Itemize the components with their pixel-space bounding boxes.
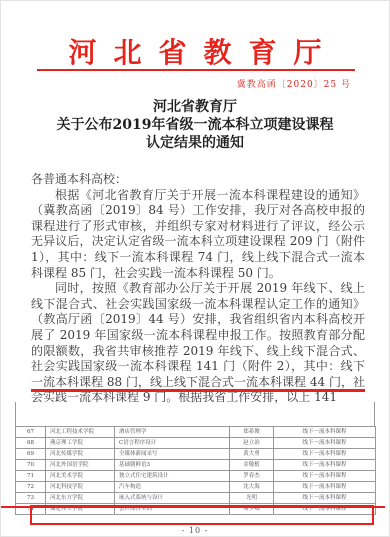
cell-school: 河北工程技术学院: [46, 427, 115, 438]
cell-no: 71: [16, 471, 46, 482]
cell-course: 嵌入式系统与设计: [115, 493, 230, 504]
table-row: 71 河北美术学院 独立式住宅建筑设计 罗春杰 线下一流本科课程: [16, 471, 376, 482]
cell-school: 河北东方学院: [46, 493, 115, 504]
body-paragraph-2: 同时，按照《教育部办公厅关于开展 2019 年线下、线上线下混合式、社会实践国家…: [31, 281, 365, 406]
cell-leader: 金敬植: [230, 460, 274, 471]
document-number: 冀教高函〔2020〕25 号: [237, 77, 351, 90]
cell-type: 线下一流本科课程: [274, 471, 376, 482]
cell-no: 69: [16, 449, 46, 460]
title-line-3: 认定结果的通知: [1, 134, 389, 152]
agency-letterhead: 河北省教育厅: [1, 31, 389, 71]
document-title: 河北省教育厅 关于公布2019年省级一流本科立项建设课程 认定结果的通知: [1, 98, 389, 152]
cell-leader: 黄大勇: [230, 449, 274, 460]
table-row: 72 河北科技学院 汽车构造 沈大海 线下一流本科课程: [16, 482, 376, 493]
table-right-border-stub: [374, 402, 375, 426]
course-list-table: 67 河北工程技术学院 酒店管理学 郑希俊 线下一流本科课程 68 燕京理工学院…: [15, 426, 376, 515]
cell-no: 73: [16, 493, 46, 504]
cell-no: 68: [16, 438, 46, 449]
cell-no: 72: [16, 482, 46, 493]
letterhead-rule: [37, 69, 355, 71]
cell-school: 燕京理工学院: [46, 438, 115, 449]
title-line-1: 河北省教育厅: [1, 98, 389, 116]
cell-course: 全媒体新闻采写: [115, 449, 230, 460]
body-paragraph-1: 根据《河北省教育厅关于开展一流本科课程建设的通知》（冀教高函〔2019〕84 号…: [31, 188, 365, 282]
red-annotation-underline: [31, 389, 365, 392]
cell-type: 线下一流本科课程: [274, 493, 376, 504]
cell-course: 独立式住宅建筑设计: [115, 471, 230, 482]
table-row: 68 燕京理工学院 C语言程序设计 赵立治 线下一流本科课程: [16, 438, 376, 449]
cell-school: 河北外国语学院: [46, 460, 115, 471]
red-highlight-box-row-74: [30, 505, 374, 525]
table-left-border-stub: [15, 402, 16, 426]
document-body: 各普通本科高校： 根据《河北省教育厅关于开展一流本科课程建设的通知》（冀教高函〔…: [31, 172, 365, 406]
cell-course: 酒店管理学: [115, 427, 230, 438]
cell-school: 河北传媒学院: [46, 449, 115, 460]
cell-type: 线下一流本科课程: [274, 427, 376, 438]
cell-leader: 郑希俊: [230, 427, 274, 438]
cell-leader: 赵立治: [230, 438, 274, 449]
title-line-2: 关于公布2019年省级一流本科立项建设课程: [1, 116, 389, 134]
cell-type: 线下一流本科课程: [274, 482, 376, 493]
cell-type: 线下一流本科课程: [274, 460, 376, 471]
table-row: 67 河北工程技术学院 酒店管理学 郑希俊 线下一流本科课程: [16, 427, 376, 438]
cell-no: 70: [16, 460, 46, 471]
cell-school: 河北科技学院: [46, 482, 115, 493]
cell-type: 线下一流本科课程: [274, 449, 376, 460]
document-page: 河北省教育厅 冀教高函〔2020〕25 号 河北省教育厅 关于公布2019年省级…: [0, 0, 390, 537]
table-row: 73 河北东方学院 嵌入式系统与设计 光明 线下一流本科课程: [16, 493, 376, 504]
salutation: 各普通本科高校：: [31, 172, 365, 188]
page-number: - 10 -: [1, 526, 389, 535]
table-row: 70 河北外国语学院 基础朝鲜语3 金敬植 线下一流本科课程: [16, 460, 376, 471]
cell-course: C语言程序设计: [115, 438, 230, 449]
cell-type: 线下一流本科课程: [274, 438, 376, 449]
cell-course: 汽车构造: [115, 482, 230, 493]
cell-school: 河北美术学院: [46, 471, 115, 482]
cell-leader: 光明: [230, 493, 274, 504]
cell-no: 67: [16, 427, 46, 438]
cell-leader: 罗春杰: [230, 471, 274, 482]
table-row: 69 河北传媒学院 全媒体新闻采写 黄大勇 线下一流本科课程: [16, 449, 376, 460]
cell-leader: 沈大海: [230, 482, 274, 493]
cell-course: 基础朝鲜语3: [115, 460, 230, 471]
